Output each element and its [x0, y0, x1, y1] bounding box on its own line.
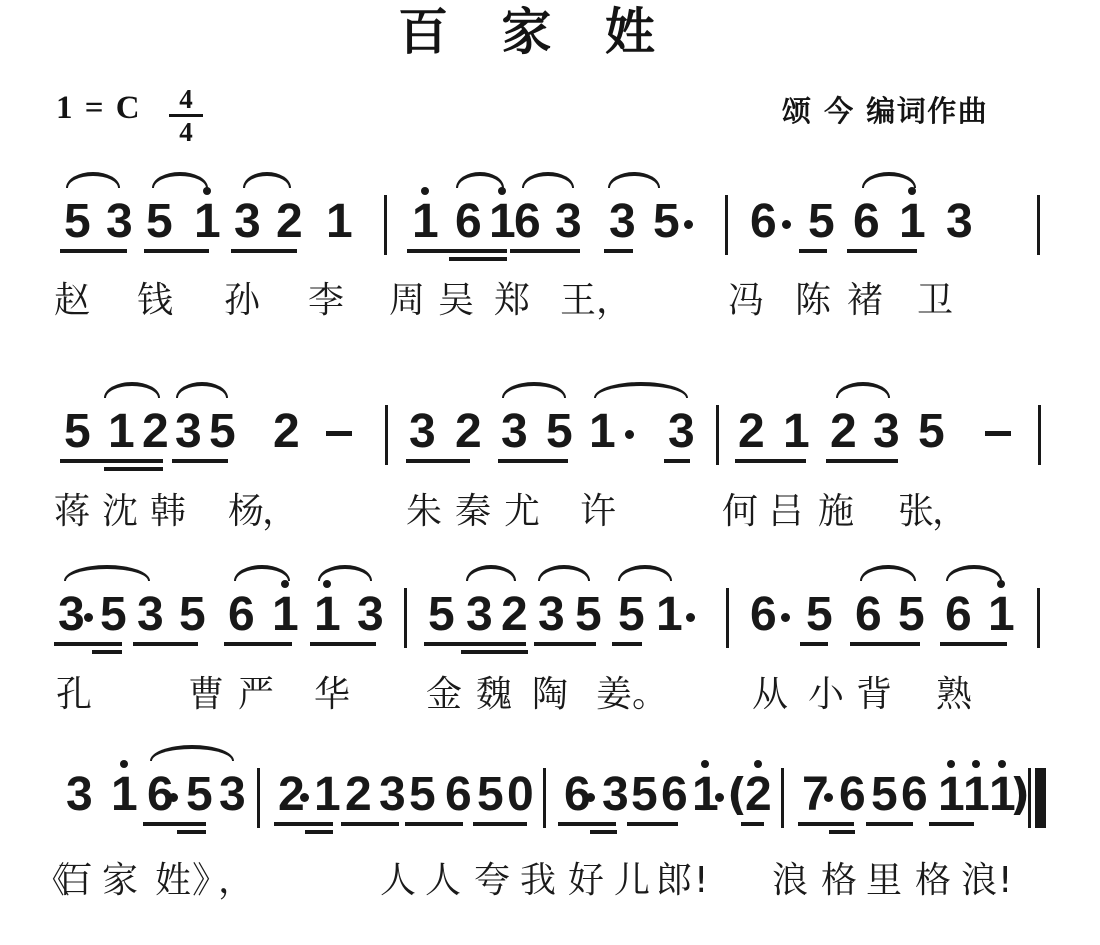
augmentation-dot — [715, 793, 724, 802]
lyric-char: 褚 — [847, 282, 883, 320]
augmentation-dot — [300, 793, 309, 802]
lyric-char: 金 — [426, 676, 462, 714]
note: 3 — [873, 408, 900, 456]
note-high-octave: 1 — [988, 591, 1015, 639]
lyric-char: 杨 — [228, 493, 264, 531]
final-barline-thick — [1035, 768, 1046, 828]
slur-arc — [608, 172, 660, 188]
beam-underline — [735, 459, 806, 463]
barline — [385, 405, 388, 465]
beam-underline — [826, 459, 898, 463]
note: 3 — [106, 198, 133, 246]
beam-underline — [558, 822, 616, 826]
note: 6 — [445, 771, 472, 819]
octave-dot — [203, 187, 211, 195]
octave-dot — [701, 760, 709, 768]
slur-arc — [618, 565, 672, 581]
note: 3 — [668, 408, 695, 456]
lyric-char: ， — [262, 493, 298, 531]
lyric-char: 孙 — [224, 282, 260, 320]
beam-underline — [627, 822, 678, 826]
barline — [1037, 195, 1040, 255]
beam-underline — [850, 642, 920, 646]
note: 0 — [507, 771, 534, 819]
augmentation-dot — [824, 793, 833, 802]
barline — [1038, 405, 1041, 465]
lyric-char: 卫 — [917, 282, 953, 320]
augmentation-dot — [625, 430, 634, 439]
beam-underline — [54, 642, 122, 646]
composer-credit: 颂 今 编词作曲 — [782, 94, 988, 129]
beam-underline — [224, 642, 292, 646]
lyric-char: 小 — [808, 676, 844, 714]
lyric-char: 陶 — [532, 676, 568, 714]
note-high-octave: 1 — [111, 771, 138, 819]
lyric-char: 秦 — [455, 493, 491, 531]
lyric-char: 朱 — [406, 493, 442, 531]
note: 5 — [546, 408, 573, 456]
note-high-octave: 1 — [272, 591, 299, 639]
note: 6 — [661, 771, 688, 819]
augmentation-dot — [586, 793, 595, 802]
note: 3 — [609, 198, 636, 246]
note: 3 — [946, 198, 973, 246]
note-high-octave: 1 — [314, 591, 341, 639]
beam-underline — [604, 249, 633, 253]
slur-arc — [176, 382, 228, 398]
beam-underline — [929, 822, 974, 826]
note: 5 — [653, 198, 680, 246]
beam-underline — [498, 459, 568, 463]
barline — [725, 195, 728, 255]
note: 3 — [538, 591, 565, 639]
lyric-char: 魏 — [476, 676, 512, 714]
octave-dot — [997, 580, 1005, 588]
note: 2 — [276, 198, 303, 246]
note: 6 — [514, 198, 541, 246]
augmentation-dot — [84, 613, 93, 622]
beam-underline — [143, 822, 206, 826]
lyric-char: 姜 — [596, 676, 632, 714]
note: 5 — [806, 591, 833, 639]
slur-arc — [456, 172, 504, 188]
note: 2 — [273, 408, 300, 456]
beam-underline — [341, 822, 399, 826]
beam-underline — [104, 467, 163, 471]
lyric-char: 赵 — [54, 282, 90, 320]
lyric-char: 姓 — [155, 862, 191, 900]
augmentation-dot — [169, 793, 178, 802]
lyric-char: 孔 — [56, 676, 92, 714]
note-high-octave: 1 — [412, 198, 439, 246]
lyric-char: 华 — [314, 676, 350, 714]
beam-underline — [144, 249, 209, 253]
lyric-char: 家 — [102, 862, 138, 900]
note: 3 — [58, 591, 85, 639]
slur-arc — [64, 565, 150, 581]
lyric-char: 尤 — [504, 493, 540, 531]
note: 2 — [830, 408, 857, 456]
lyric-char: 郎 — [656, 862, 692, 900]
note: 3 — [219, 771, 246, 819]
lyric-char: 严 — [238, 676, 274, 714]
beam-underline — [424, 642, 526, 646]
lyric-char: 何 — [722, 493, 758, 531]
octave-dot — [421, 187, 429, 195]
note: 6 — [455, 198, 482, 246]
note: 6 — [901, 771, 928, 819]
lyric-char: ， — [218, 862, 254, 900]
augmentation-dot — [684, 220, 693, 229]
barline — [716, 405, 719, 465]
note: 3 — [234, 198, 261, 246]
lyric-char: 郑 — [494, 282, 530, 320]
note: 3 — [137, 591, 164, 639]
beam-underline — [92, 650, 122, 654]
note: 5 — [871, 771, 898, 819]
beam-underline — [799, 249, 827, 253]
note: 3 — [602, 771, 629, 819]
beam-underline — [461, 650, 528, 654]
octave-dot — [998, 760, 1006, 768]
note: 3 — [555, 198, 582, 246]
note-high-octave: 1 — [963, 771, 990, 819]
beam-underline — [829, 830, 855, 834]
note: 5 — [179, 591, 206, 639]
lyric-char: 背 — [856, 676, 892, 714]
note: 6 — [945, 591, 972, 639]
time-signature-denominator: 4 — [179, 119, 193, 145]
barline — [726, 588, 729, 648]
augmentation-dot — [781, 613, 790, 622]
octave-dot — [281, 580, 289, 588]
note: 1 — [783, 408, 810, 456]
note: 3 — [466, 591, 493, 639]
note: 5 — [64, 408, 91, 456]
final-barline-thin — [1028, 768, 1031, 828]
lyric-char: 周 — [389, 282, 425, 320]
lyric-char: 好 — [568, 862, 604, 900]
key-signature: 1 = C — [56, 92, 142, 125]
note: 1 — [108, 408, 135, 456]
note: 5 — [918, 408, 945, 456]
barline — [257, 768, 260, 828]
lyric-char: 施 — [818, 493, 854, 531]
note: 5 — [209, 408, 236, 456]
beam-underline — [407, 249, 507, 253]
lyric-char: 冯 — [728, 282, 764, 320]
note: 3 — [175, 408, 202, 456]
beam-underline — [405, 822, 463, 826]
lyric-char: 熟 — [936, 676, 972, 714]
lyric-char: ， — [932, 493, 968, 531]
lyric-char: 许 — [580, 493, 616, 531]
note: 5 — [100, 591, 127, 639]
slur-arc — [836, 382, 890, 398]
octave-dot — [947, 760, 955, 768]
note: 5 — [409, 771, 436, 819]
lyric-char: 儿 — [614, 862, 650, 900]
lyric-char: ! — [694, 862, 708, 900]
lyric-char: 人 — [380, 862, 416, 900]
beam-underline — [449, 257, 507, 261]
lyric-char: 吴 — [438, 282, 474, 320]
lyric-char: 吕 — [768, 493, 804, 531]
beam-underline — [940, 642, 1007, 646]
time-signature-numerator: 4 — [179, 86, 193, 112]
page-title: 百 家 姓 — [398, 4, 673, 62]
slur-arc — [104, 382, 160, 398]
lyric-char: 韩 — [150, 493, 186, 531]
lyric-char: ， — [596, 282, 632, 320]
lyric-char: 。 — [632, 676, 668, 714]
note-high-octave: 1 — [194, 198, 221, 246]
held-note-dash — [326, 431, 352, 436]
note: 5 — [186, 771, 213, 819]
note: 3 — [357, 591, 384, 639]
lyric-char: 浪 — [961, 862, 997, 900]
barline — [781, 768, 784, 828]
beam-underline — [172, 459, 228, 463]
note: 3 — [501, 408, 528, 456]
beam-underline — [798, 822, 854, 826]
beam-underline — [847, 249, 917, 253]
lyric-char: 沈 — [102, 493, 138, 531]
beam-underline — [590, 830, 617, 834]
lyric-char: 张 — [898, 493, 934, 531]
lyric-char: 陈 — [795, 282, 831, 320]
note: 5 — [898, 591, 925, 639]
slur-arc — [150, 745, 234, 761]
beam-underline — [60, 459, 163, 463]
lyric-char: 我 — [520, 862, 556, 900]
lyric-char: 从 — [752, 676, 788, 714]
lyric-char: 夸 — [474, 862, 510, 900]
slur-arc — [946, 565, 1002, 581]
time-signature: 4 4 — [166, 86, 206, 145]
note: 6 — [228, 591, 255, 639]
note: 1 — [326, 198, 353, 246]
beam-underline — [310, 642, 376, 646]
lyric-char: 格 — [915, 862, 951, 900]
note: 6 — [839, 771, 866, 819]
slur-arc — [860, 565, 916, 581]
note: 2 — [455, 408, 482, 456]
note: 2 — [738, 408, 765, 456]
barline — [543, 768, 546, 828]
beam-underline — [473, 822, 527, 826]
beam-underline — [60, 249, 127, 253]
slur-arc — [152, 172, 208, 188]
slur-arc — [234, 565, 290, 581]
note: 2 — [501, 591, 528, 639]
note: 5 — [618, 591, 645, 639]
augmentation-dot — [782, 220, 791, 229]
lyric-char: 格 — [821, 862, 857, 900]
lyric-char: ! — [998, 862, 1012, 900]
beam-underline — [741, 822, 764, 826]
slur-arc — [243, 172, 291, 188]
held-note-dash — [985, 431, 1011, 436]
slur-arc — [538, 565, 590, 581]
note: 2 — [142, 408, 169, 456]
music-sheet: 百 家 姓 1 = C 4 4 颂 今 编词作曲 535132116163356… — [0, 0, 1100, 945]
beam-underline — [612, 642, 642, 646]
barline — [1037, 588, 1040, 648]
note: 1 — [589, 408, 616, 456]
slur-arc — [522, 172, 574, 188]
note: 6 — [750, 198, 777, 246]
note-high-octave: 2 — [745, 771, 772, 819]
lyric-char: 里 — [866, 862, 902, 900]
lyric-char: 李 — [308, 282, 344, 320]
note: 5 — [808, 198, 835, 246]
note-high-octave: 1 — [489, 198, 516, 246]
note: 5 — [146, 198, 173, 246]
beam-underline — [534, 642, 596, 646]
lyric-char: 蒋 — [54, 493, 90, 531]
slur-arc — [318, 565, 372, 581]
slur-arc — [594, 382, 688, 398]
barline — [404, 588, 407, 648]
note: 5 — [575, 591, 602, 639]
note: 3 — [409, 408, 436, 456]
beam-underline — [800, 642, 828, 646]
lyric-char: 人 — [425, 862, 461, 900]
beam-underline — [133, 642, 198, 646]
slur-arc — [66, 172, 120, 188]
beam-underline — [231, 249, 297, 253]
augmentation-dot — [686, 613, 695, 622]
note: 2 — [345, 771, 372, 819]
note: 5 — [428, 591, 455, 639]
note-high-octave: 1 — [899, 198, 926, 246]
lyric-char: 曹 — [188, 676, 224, 714]
beam-underline — [274, 822, 333, 826]
lyric-char: 钱 — [137, 282, 173, 320]
note-high-octave: 1 — [938, 771, 965, 819]
beam-underline — [305, 830, 333, 834]
note: 6 — [855, 591, 882, 639]
beam-underline — [406, 459, 470, 463]
beam-underline — [177, 830, 206, 834]
lyric-char: 百 — [57, 862, 93, 900]
note: 6 — [853, 198, 880, 246]
slur-arc — [862, 172, 916, 188]
note: 3 — [379, 771, 406, 819]
octave-dot — [120, 760, 128, 768]
barline — [384, 195, 387, 255]
octave-dot — [908, 187, 916, 195]
note: 6 — [750, 591, 777, 639]
note: 5 — [64, 198, 91, 246]
beam-underline — [664, 459, 690, 463]
note: 1 — [656, 591, 683, 639]
beam-underline — [510, 249, 580, 253]
note: 1 — [314, 771, 341, 819]
lyric-char: 浪 — [772, 862, 808, 900]
note: 5 — [477, 771, 504, 819]
note: 3 — [66, 771, 93, 819]
lyric-char: 王 — [560, 282, 596, 320]
octave-dot — [498, 187, 506, 195]
slur-arc — [502, 382, 566, 398]
octave-dot — [972, 760, 980, 768]
octave-dot — [323, 580, 331, 588]
slur-arc — [466, 565, 516, 581]
note: 5 — [631, 771, 658, 819]
octave-dot — [754, 760, 762, 768]
beam-underline — [866, 822, 913, 826]
